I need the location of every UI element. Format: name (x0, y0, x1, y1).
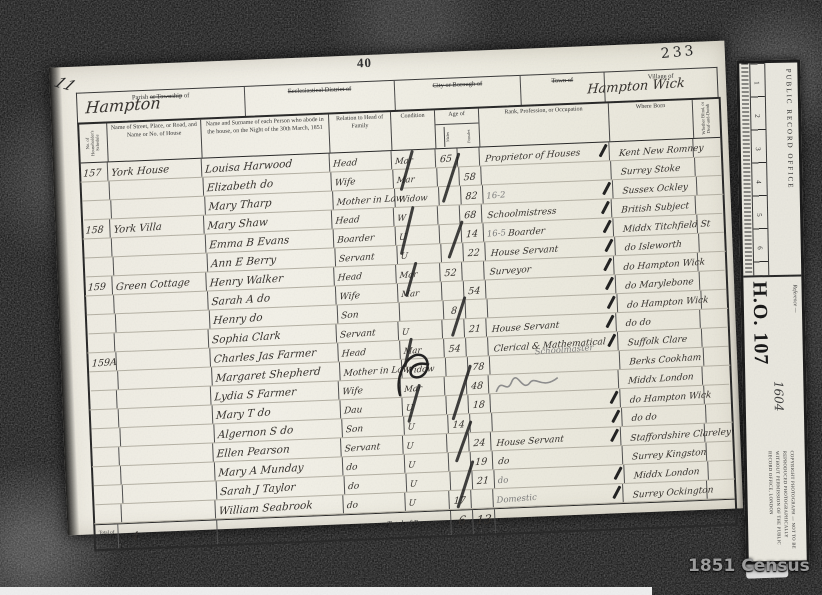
ruler-number: 4 (754, 180, 762, 184)
cell-house (118, 367, 213, 389)
cell-age-female (462, 261, 485, 280)
cell-relation: Wife (331, 170, 394, 190)
cell-where-born: Surrey Kingston (623, 443, 708, 464)
cell-house (117, 387, 212, 409)
cell-schedule-number (83, 200, 112, 219)
cell-blind-deaf (702, 366, 729, 385)
cell-blind-deaf (697, 214, 724, 233)
cell-schedule-number (89, 390, 118, 409)
cell-age-male: 54 (444, 338, 467, 357)
cell-condition: U (405, 491, 450, 511)
cell-blind-deaf (700, 309, 727, 328)
cell-blind-deaf (698, 252, 725, 271)
total-houses-box: Total of Houses I 4 U B (95, 520, 218, 549)
cell-where-born: Suffolk Clare (618, 329, 703, 350)
copyright-notice: COPYRIGHT PHOTOGRAPH — NOT TO BE REPRODU… (752, 451, 798, 552)
cell-where-born: Berks Cookham (620, 348, 705, 369)
cell-age-female: 48 (467, 375, 490, 394)
cell-age-female (466, 337, 489, 356)
pro-reference-strip: 1 2 3 4 5 6 PUBLIC RECORD OFFICE Referen… (736, 59, 810, 564)
col-relation: Relation to Head of Family (329, 112, 392, 152)
cell-where-born: do Hampton Wick (617, 291, 702, 312)
cell-schedule-number: 159A (88, 352, 117, 371)
cell-house: Green Cottage (112, 273, 207, 295)
cell-age-female: 54 (464, 280, 487, 299)
cell-relation: Wife (336, 284, 399, 304)
reference-label: Reference — (791, 285, 798, 313)
cell-condition: Mar (392, 149, 437, 169)
cell-name: William Seabrook (215, 495, 344, 518)
cell-age-male: 52 (440, 262, 463, 281)
cell-where-born: Staffordshire Clareley (621, 424, 706, 445)
cell-age-female (470, 413, 493, 432)
cell-relation: Head (330, 151, 393, 171)
cell-occupation: Domestic (493, 484, 624, 507)
cell-relation: Head (334, 265, 397, 285)
cell-house (119, 405, 214, 427)
cell-schedule-number (84, 238, 113, 257)
cell-age-female: 82 (461, 185, 484, 204)
parish-value: Hampton (85, 95, 161, 116)
cell-age-female: 58 (459, 166, 482, 185)
cell-where-born: do do (616, 310, 701, 331)
cell-blind-deaf (706, 442, 733, 461)
printed-page-number: 40 (357, 55, 373, 72)
cell-blind-deaf (704, 385, 731, 404)
cell-house (114, 254, 209, 276)
cell-schedule-number (88, 314, 117, 333)
cell-condition: Mar (398, 282, 443, 302)
cell-house (119, 443, 214, 465)
cell-house (111, 197, 206, 219)
cell-where-born: Middx London (618, 367, 703, 388)
cell-age-male (438, 205, 461, 224)
cell-blind-deaf (706, 404, 733, 423)
reference-number: H.O. 107 (747, 281, 772, 366)
cell-schedule-number: 157 (80, 162, 109, 181)
cell-house (112, 235, 207, 257)
ruler: 1 2 3 4 5 6 PUBLIC RECORD OFFICE (739, 62, 801, 277)
cell-where-born: do Hampton Wick (614, 253, 699, 274)
cell-age-female: 18 (468, 394, 491, 413)
cell-age-female (466, 299, 489, 318)
col-born: Where Born (609, 100, 694, 141)
cell-where-born: Surrey Ockington (623, 481, 708, 502)
cell-age-female (471, 489, 494, 508)
cell-relation: Servant (341, 436, 404, 456)
cell-condition: U (403, 434, 448, 454)
cell-relation: Head (332, 208, 395, 228)
cell-schedule-number: 158 (82, 219, 111, 238)
cell-where-born: do do (622, 405, 707, 426)
cell-blind-deaf (695, 157, 722, 176)
cell-age-female: 14 (461, 223, 484, 242)
cell-house (114, 292, 209, 314)
cell-blind-deaf (697, 176, 724, 195)
cell-where-born: Sussex Ockley (613, 177, 698, 198)
cell-blind-deaf (704, 347, 731, 366)
cell-schedule-number (95, 485, 124, 504)
cell-where-born: Kent New Romney (609, 139, 694, 160)
folio-stamp: 233 (660, 43, 697, 62)
cell-house (115, 330, 210, 352)
cell-age-female: 21 (472, 470, 495, 489)
entry-rows: 157 York House Louisa Harwood Head Mar 6… (81, 138, 735, 524)
total-females-cell: 13 (473, 509, 496, 534)
col-street: Name of Street, Place, or Road, and Name… (107, 120, 202, 162)
cell-relation: Son (342, 417, 405, 437)
census-scan-viewport: 40 233 11 Parish or Township of Hampton … (0, 0, 822, 595)
cell-where-born: Middx Titchfield St (613, 215, 698, 236)
cell-blind-deaf (693, 138, 720, 157)
cell-condition: U (406, 472, 451, 492)
office-name: PUBLIC RECORD OFFICE (784, 69, 794, 190)
cell-age-female (457, 148, 480, 167)
cell-condition: W (394, 206, 439, 226)
ink-scribble (390, 344, 438, 402)
col-name: Name and Surname of each Person who abod… (201, 115, 330, 158)
cell-blind-deaf (699, 233, 726, 252)
cell-age-female: 24 (469, 432, 492, 451)
cell-relation: Mother in Law (333, 189, 396, 209)
cell-schedule-number: 159 (84, 276, 113, 295)
cell-condition: Mar (396, 263, 441, 283)
cell-age-female: 22 (463, 242, 486, 261)
cell-schedule-number (87, 333, 116, 352)
col-schedule: No. of Householder's Schedule (79, 123, 109, 162)
ruler-number: 1 (753, 81, 761, 85)
col-occupation: Rank, Profession, or Occupation (479, 103, 610, 146)
cell-schedule-number (82, 181, 111, 200)
cell-where-born: do Hampton Wick (620, 386, 705, 407)
cell-relation: do (343, 493, 406, 513)
cell-house: York Villa (110, 216, 205, 238)
cell-where-born: British Subject (612, 196, 697, 217)
col-age: Age of Males Females (435, 109, 480, 149)
cell-where-born: Surrey Stoke (611, 158, 696, 179)
cell-blind-deaf (701, 290, 728, 309)
cell-where-born: Middx London (624, 462, 709, 483)
cell-schedule-number (92, 428, 121, 447)
cell-where-born: do Marylebone (616, 272, 701, 293)
ruler-number: 3 (754, 147, 762, 151)
cell-blind-deaf (702, 328, 729, 347)
cell-house (109, 178, 204, 200)
inhabited-count: 4 (131, 530, 139, 542)
cell-blind-deaf (708, 461, 735, 480)
cell-where-born: do Isleworth (615, 234, 700, 255)
scanner-edge (0, 587, 652, 595)
cell-blind-deaf (700, 271, 727, 290)
cell-relation: do (343, 455, 406, 475)
cell-age-male (442, 281, 465, 300)
cell-house (123, 481, 218, 503)
cell-blind-deaf (705, 423, 732, 442)
piece-number: 1604 (771, 381, 786, 412)
col-age-males: Males (443, 126, 450, 146)
cell-house (121, 500, 216, 522)
cell-relation: Servant (335, 246, 398, 266)
total-males-cell: 6 (451, 510, 474, 535)
cell-schedule-number (86, 257, 115, 276)
ruler-number: 5 (755, 213, 763, 217)
cell-schedule-number (90, 371, 119, 390)
cell-schedule-number (86, 295, 115, 314)
cell-condition: U (405, 453, 450, 473)
cell-house (120, 424, 215, 446)
cell-house (121, 462, 216, 484)
cell-schedule-number (91, 447, 120, 466)
cell-relation: Boarder (334, 227, 397, 247)
col-blind: Whether Blind, or Deaf-and-Dumb (693, 99, 721, 138)
ruler-number: 2 (753, 114, 761, 118)
census-page: 40 233 11 Parish or Township of Hampton … (49, 41, 743, 536)
ruler-cm-divisions (749, 63, 769, 275)
cell-house (116, 310, 211, 332)
cell-blind-deaf (696, 195, 723, 214)
cell-house (116, 349, 211, 371)
cell-schedule-number (91, 409, 120, 428)
col-age-females: Females (465, 125, 471, 145)
cell-condition (400, 301, 445, 321)
cell-schedule-number (93, 504, 122, 523)
cell-relation: Servant (336, 322, 399, 342)
cell-house: York House (108, 159, 203, 181)
collection-caption: 1851 Census (688, 556, 810, 576)
cell-schedule-number (93, 466, 122, 485)
cell-age-female: 21 (464, 318, 487, 337)
ruler-number: 6 (756, 246, 764, 250)
pencil-scribble (491, 369, 562, 398)
margin-note: 11 (50, 74, 80, 95)
col-condition: Condition (391, 110, 436, 150)
cell-condition: U (398, 320, 443, 340)
cell-blind-deaf (707, 480, 734, 499)
cell-relation: do (345, 474, 408, 494)
cell-relation: Son (338, 303, 401, 323)
